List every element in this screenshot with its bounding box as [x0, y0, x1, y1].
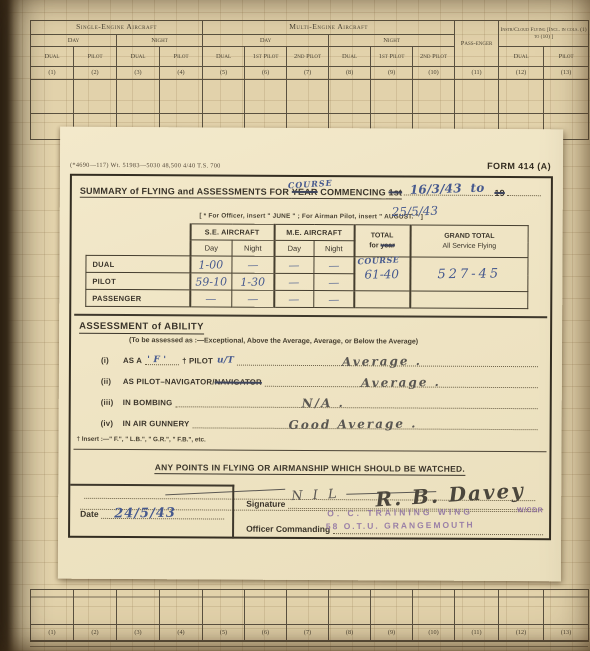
ledger-se-day: Day: [31, 35, 117, 47]
ledger-subcol: Dual: [31, 47, 74, 67]
ledger-col-number: (7): [287, 624, 329, 641]
hw-assessment-value: Average .: [360, 375, 440, 390]
ledger-col-number: (6): [245, 624, 287, 641]
hw-grand-total-value: 527-45: [437, 266, 501, 282]
hw-value: 1-00: [199, 258, 224, 271]
ledger-col-number: (4): [160, 624, 203, 641]
handwritten-date-from: 16/3/43 to: [410, 181, 485, 197]
ledger-header-single-engine: Single-Engine Aircraft: [31, 21, 203, 35]
hw-date: 24/5/43: [114, 506, 176, 522]
title-date-line: 16/3/43 to: [404, 182, 492, 195]
title-main: SUMMARY of FLYING and ASSESSMENTS FOR: [80, 186, 289, 199]
ledger-subcol: 2nd Pilot: [287, 47, 329, 67]
hw-value: —: [328, 293, 339, 306]
hw-value: —: [247, 258, 258, 271]
summary-header-se: S.E. AIRCRAFT: [190, 224, 274, 240]
assessment-item-iii: (iii) IN BOMBING N/A .: [101, 396, 538, 409]
form-box: SUMMARY of FLYING and ASSESSMENTS FOR CO…: [68, 174, 553, 541]
assessment-heading: ASSESSMENT of ABILITY: [79, 321, 204, 335]
ledger-col-number: (3): [117, 67, 160, 80]
hw-value: —: [328, 259, 339, 272]
ledger-col-number: (4): [160, 67, 203, 80]
hw-assessment-value: Average .: [342, 354, 422, 369]
ledger-col-number: (2): [74, 67, 117, 80]
assessment-note: (To be assessed as :—Exceptional, Above …: [129, 337, 550, 346]
points-heading-wrap: ANY POINTS IN FLYING OR AIRMANSHIP WHICH…: [70, 457, 549, 478]
book-binding-edge: [0, 0, 20, 651]
ledger-col-number: (2): [74, 624, 117, 641]
summary-row-label: PASSENGER: [86, 289, 190, 307]
ledger-subcol: 2nd Pilot: [413, 47, 455, 67]
page-bottom-rule: [30, 646, 588, 647]
print-code: (*4690—117) Wt. 51983—5030 48,500 4/40 T…: [70, 162, 221, 170]
ledger-subcol: Dual: [117, 47, 160, 67]
ledger-col-number: (13): [544, 624, 589, 641]
summary-subhead-day: Day: [274, 240, 314, 256]
ledger-header-multi-engine: Multi-Engine Aircraft: [203, 21, 455, 35]
print-line: (*4690—117) Wt. 51983—5030 48,500 4/40 T…: [70, 159, 551, 172]
date-label: Date: [80, 509, 98, 519]
summary-subhead-night: Night: [314, 241, 354, 257]
ledger-col-number: (1): [31, 67, 74, 80]
ledger-col-number: (7): [287, 67, 329, 80]
hw-value: —: [289, 275, 300, 288]
form-footer: Date 24/5/43 Signature R. B. Davey W/CDR…: [70, 484, 549, 539]
hw-value: —: [205, 292, 216, 305]
ledger-col-number: (12): [499, 67, 544, 80]
hw-value: —: [328, 276, 339, 289]
hw-value: 1-30: [240, 275, 265, 288]
ledger-col-number: (9): [371, 624, 413, 641]
ledger-subcol: 1st Pilot: [371, 47, 413, 67]
hw-value: —: [289, 258, 300, 271]
hw-total-value: 61-40: [365, 267, 400, 281]
ledger-subcol: Dual: [499, 47, 544, 67]
title-struck-1st: 1st: [388, 187, 402, 199]
form-414a-sheet: (*4690—117) Wt. 51983—5030 48,500 4/40 T…: [58, 127, 563, 582]
hw-assessment-value: N/A .: [302, 396, 345, 411]
summary-subhead-day: Day: [190, 240, 232, 256]
ledger-subcol: Dual: [329, 47, 371, 67]
ledger-header-passenger: Pass-enger: [455, 21, 499, 67]
summary-row-label: DUAL: [86, 255, 190, 273]
ledger-col-number: (8): [329, 624, 371, 641]
handwritten-course-total: COURSE: [357, 254, 399, 266]
ledger-col-number: (5): [203, 67, 245, 80]
hw-value: —: [247, 292, 258, 305]
title-struck-19: 19: [494, 188, 504, 198]
ledger-table-top: Single-Engine Aircraft Multi-Engine Airc…: [30, 20, 589, 140]
ledger-se-night: Night: [117, 35, 203, 47]
logbook-page: Single-Engine Aircraft Multi-Engine Airc…: [0, 0, 590, 651]
signature-label: Signature: [246, 499, 285, 509]
ledger-subcol: Dual: [203, 47, 245, 67]
points-heading: ANY POINTS IN FLYING OR AIRMANSHIP WHICH…: [155, 463, 465, 477]
assessment-item-ii: (ii) AS PILOT–NAVIGATOR/ NAVIGATOR Avera…: [101, 375, 538, 388]
title-commencing: COMMENCING: [320, 187, 386, 199]
ledger-col-number: (3): [117, 624, 160, 641]
summary-row-passenger: PASSENGER — — — —: [86, 289, 528, 308]
ledger-subcol: Pilot: [160, 47, 203, 67]
assessment-footnote: † Insert :—" F.", " L.B.", " G.R.", " F.…: [77, 436, 550, 445]
form-number: FORM 414 (A): [487, 161, 551, 171]
hw-value: —: [288, 292, 299, 305]
assessment-item-iv: (iv) IN AIR GUNNERY Good Average .: [101, 417, 538, 430]
ledger-header-instr-cloud: Instr/Cloud Flying [Incl. in cols. (1) t…: [499, 21, 589, 47]
ledger-me-day: Day: [203, 35, 329, 47]
section-rule: [73, 449, 546, 453]
ledger-col-number: (8): [329, 67, 371, 80]
ledger-col-number: (12): [499, 624, 544, 641]
ledger-col-number: (10): [413, 67, 455, 80]
ledger-table-bottom: (1) (2) (3) (4) (5) (6) (7) (8) (9) (10)…: [30, 589, 589, 643]
ledger-subcol: Pilot: [74, 47, 117, 67]
struck-navigator: NAVIGATOR: [215, 377, 262, 386]
ledger-col-number: (5): [203, 624, 245, 641]
summary-header-grand-total: GRAND TOTAL All Service Flying: [410, 225, 528, 258]
ledger-col-number: (9): [371, 67, 413, 80]
ledger-col-number: (6): [245, 67, 287, 80]
ledger-me-night: Night: [329, 35, 455, 47]
summary-subhead-night: Night: [232, 240, 274, 256]
ledger-col-number: (10): [413, 624, 455, 641]
ledger-col-number: (11): [455, 67, 499, 80]
summary-row-label: PILOT: [86, 272, 190, 290]
hw-value: 59-10: [195, 275, 227, 288]
ledger-col-number: (1): [31, 624, 74, 641]
assessment-item-i: (i) AS A ' F ' † PILOT u/T Average .: [101, 354, 538, 367]
summary-header-me: M.E. AIRCRAFT: [274, 224, 354, 240]
ledger-col-number: (13): [544, 67, 589, 80]
form-title: SUMMARY of FLYING and ASSESSMENTS FOR CO…: [80, 181, 543, 200]
ledger-subcol: 1st Pilot: [245, 47, 287, 67]
summary-table: S.E. AIRCRAFT M.E. AIRCRAFT TOTAL for ye…: [85, 223, 528, 309]
date-box: Date 24/5/43: [70, 484, 234, 539]
summary-header-total: TOTAL for year COURSE: [354, 225, 410, 257]
hw-insert: ' F ': [147, 355, 166, 365]
ledger-subcol: Pilot: [544, 47, 589, 67]
hw-assessment-value: Good Average .: [289, 416, 418, 432]
ledger-col-number: (11): [455, 624, 499, 641]
hw-ut: u/T: [217, 356, 234, 366]
